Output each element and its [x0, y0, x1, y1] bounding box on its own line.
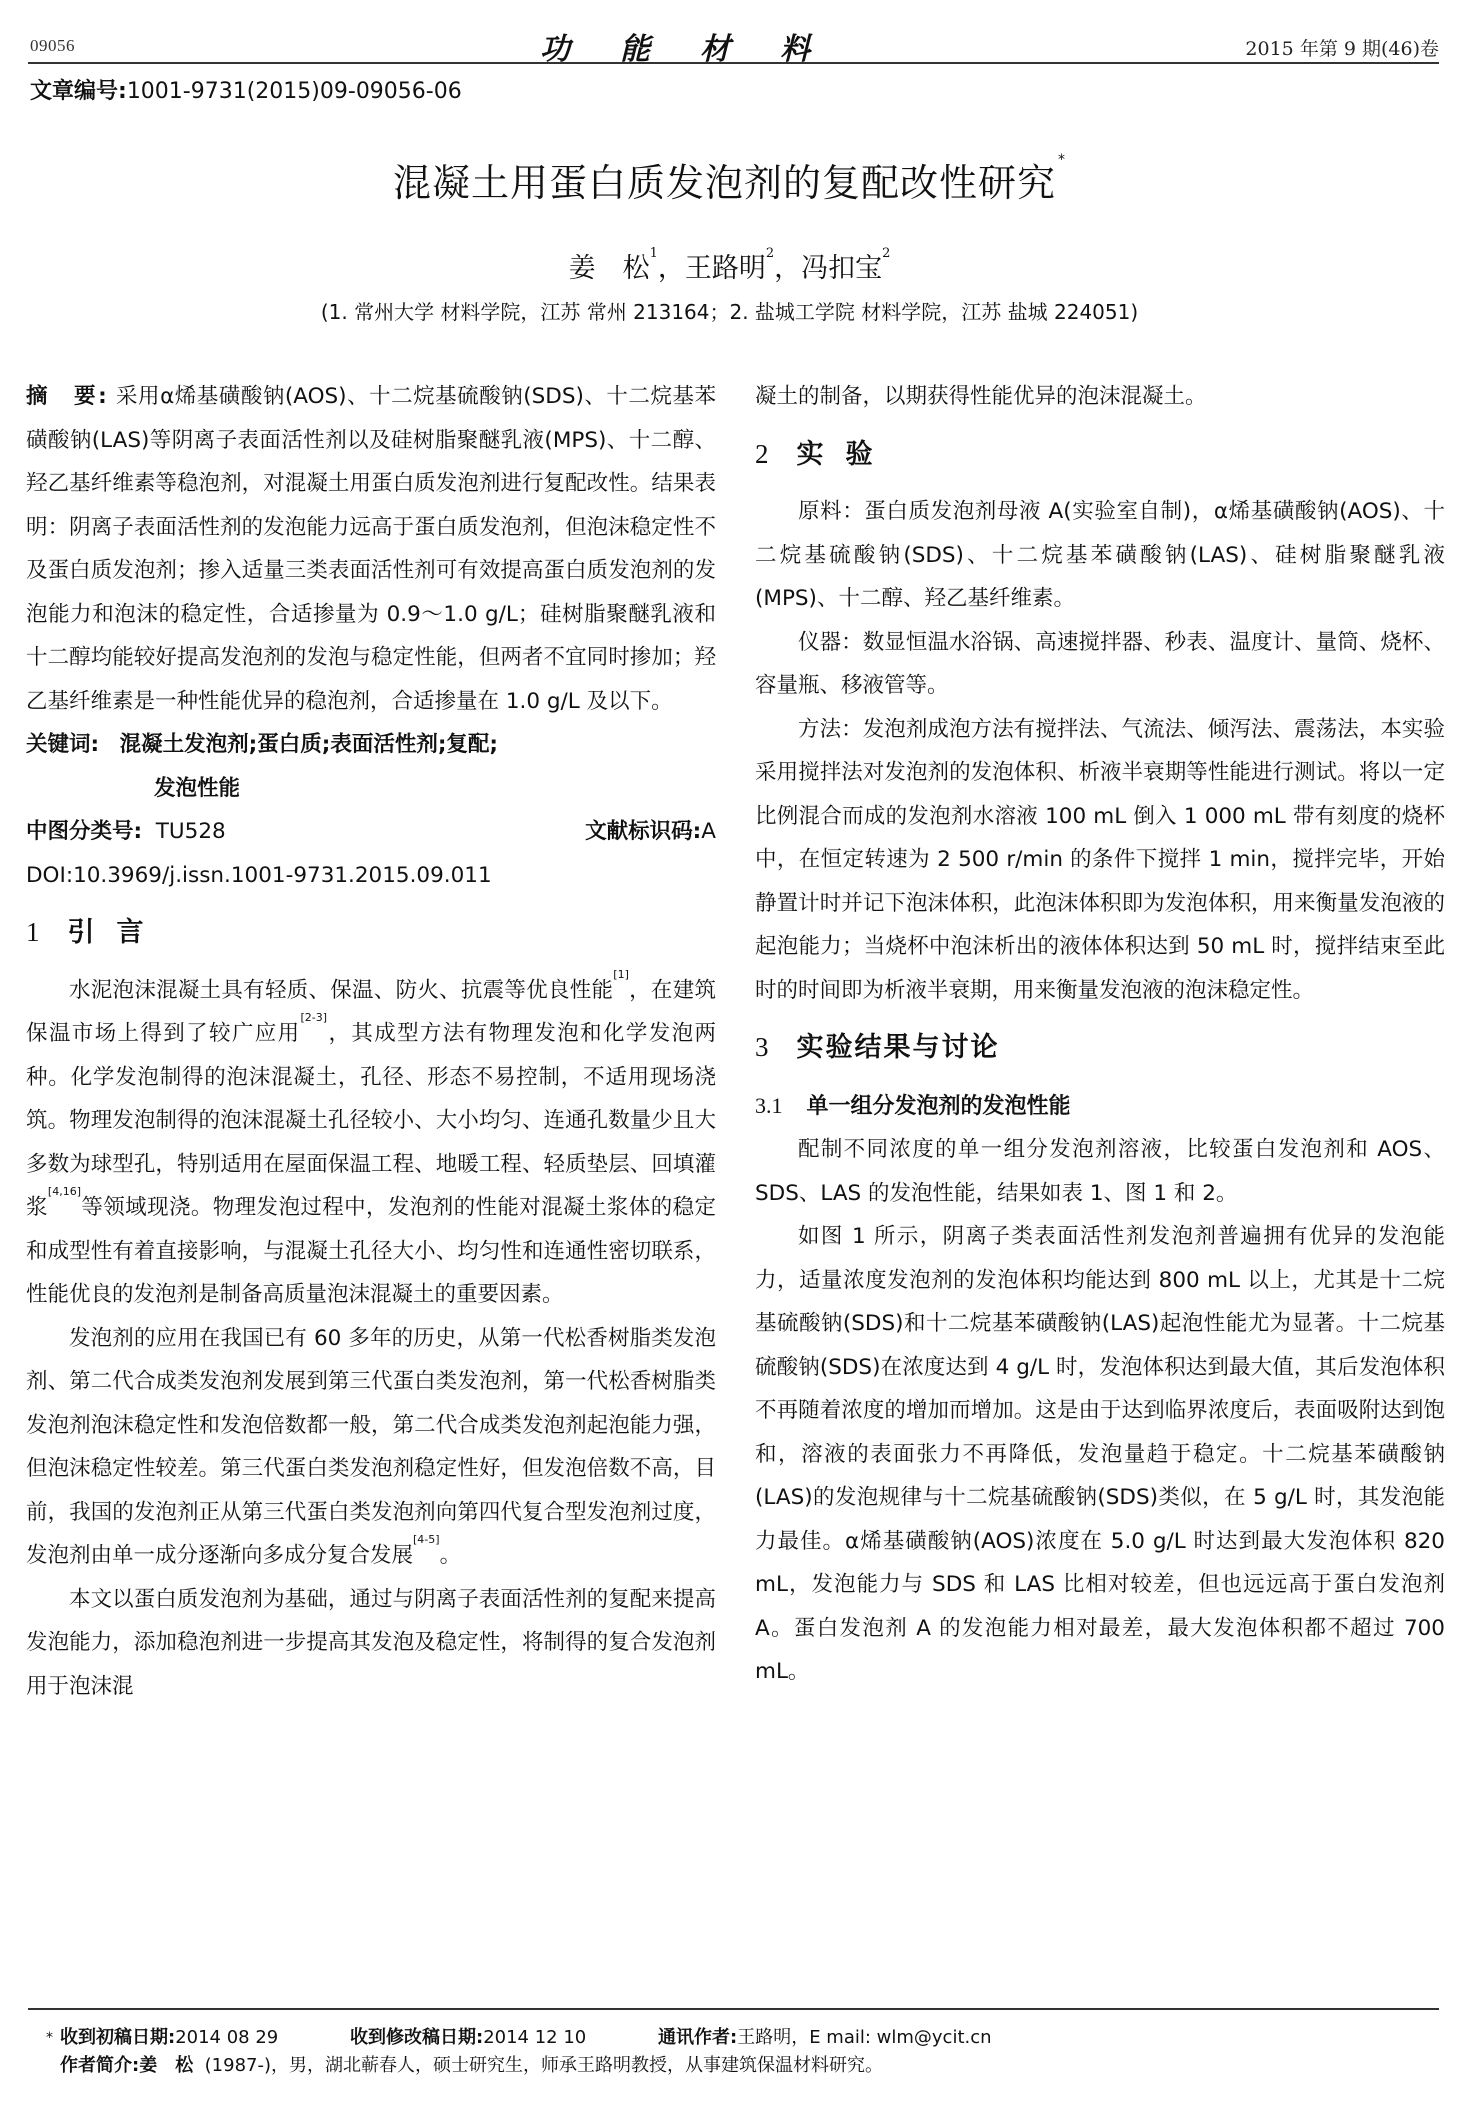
- bio-label: 作者简介:: [60, 2055, 139, 2076]
- keywords: 关键词: 混凝土发泡剂;蛋白质;表面活性剂;复配;: [26, 723, 716, 767]
- author-affil-marker: 2: [766, 246, 774, 261]
- abstract-label: 摘 要:: [26, 384, 109, 409]
- subsection-number: 3.1: [755, 1093, 783, 1118]
- section-title: 引言: [68, 917, 166, 948]
- keywords-line1: 混凝土发泡剂;蛋白质;表面活性剂;复配;: [120, 732, 498, 757]
- text-run: 。: [440, 1543, 462, 1568]
- results-paragraph-2: 如图 1 所示，阴离子类表面活性剂发泡剂普遍拥有优异的发泡能力，适量浓度发泡剂的…: [755, 1215, 1445, 1694]
- title-footnote-marker: *: [1058, 152, 1066, 168]
- citation[interactable]: [4-5]: [413, 1533, 440, 1546]
- footnote-dates-row: 收到初稿日期:2014 08 29 收到修改稿日期:2014 12 10 通讯作…: [60, 2024, 992, 2052]
- text-run: 水泥泡沫混凝土具有轻质、保温、防火、抗震等优良性能: [69, 978, 613, 1003]
- intro-paragraph-3: 本文以蛋白质发泡剂为基础，通过与阴离子表面活性剂的复配来提高发泡能力，添加稳泡剂…: [26, 1578, 716, 1709]
- intro-paragraph-2: 发泡剂的应用在我国已有 60 多年的历史，从第一代松香树脂类发泡剂、第二代合成类…: [26, 1317, 716, 1578]
- method-paragraph: 方法：发泡剂成泡方法有搅拌法、气流法、倾泻法、震荡法，本实验采用搅拌法对发泡剂的…: [755, 708, 1445, 1013]
- author-name: 姜 松: [569, 253, 650, 284]
- text-run: 发泡剂的应用在我国已有 60 多年的历史，从第一代松香树脂类发泡剂、第二代合成类…: [26, 1326, 716, 1569]
- author-affil-marker: 2: [882, 246, 890, 261]
- materials-paragraph: 原料：蛋白质发泡剂母液 A(实验室自制)，α烯基磺酸钠(AOS)、十二烷基硫酸钠…: [755, 490, 1445, 621]
- clc-label: 中图分类号:: [26, 819, 142, 844]
- page-number: 09056: [30, 36, 75, 56]
- instruments-paragraph: 仪器：数显恒温水浴锅、高速搅拌器、秒表、温度计、量筒、烧杯、容量瓶、移液管等。: [755, 621, 1445, 708]
- left-column: 摘 要: 采用α烯基磺酸钠(AOS)、十二烷基硫酸钠(SDS)、十二烷基苯磺酸钠…: [26, 375, 716, 1708]
- author-name: 王路明: [685, 253, 766, 284]
- text-run: ，其成型方法有物理发泡和化学发泡两种。化学发泡制得的泡沫混凝土，孔径、形态不易控…: [26, 1021, 716, 1220]
- subsection-heading-3-1: 3.1单一组分发泡剂的发泡性能: [755, 1084, 1445, 1129]
- corresponding-label: 通讯作者:: [658, 2027, 737, 2048]
- footnotes: * 收到初稿日期:2014 08 29 收到修改稿日期:2014 12 10 通…: [60, 2024, 992, 2080]
- section-number: 3: [755, 1032, 769, 1062]
- section-number: 2: [755, 439, 769, 469]
- bio-name: 姜 松: [139, 2055, 193, 2076]
- header-rule: [28, 62, 1439, 64]
- corresponding-value[interactable]: 王路明，E mail: wlm@ycit.cn: [737, 2027, 991, 2048]
- affiliations: (1. 常州大学 材料学院，江苏 常州 213164；2. 盐城工学院 材料学院…: [0, 296, 1459, 325]
- article-number: 文章编号:1001-9731(2015)09-09056-06: [30, 74, 462, 105]
- keywords-line2: 发泡性能: [26, 767, 716, 811]
- section-heading-1: 1引言: [26, 911, 716, 955]
- bio-value: (1987-)，男，湖北蕲春人，硕士研究生，师承王路明教授，从事建筑保温材料研究…: [205, 2055, 883, 2076]
- revised-value: 2014 12 10: [483, 2027, 586, 2048]
- right-column: 凝土的制备，以期获得性能优异的泡沫混凝土。 2实验 原料：蛋白质发泡剂母液 A(…: [755, 375, 1445, 1694]
- footnote-marker: *: [46, 2024, 53, 2052]
- article-number-label: 文章编号:: [30, 79, 127, 104]
- intro-paragraph-3-continued: 凝土的制备，以期获得性能优异的泡沫混凝土。: [755, 375, 1445, 419]
- doc-code-label: 文献标识码:: [585, 819, 701, 844]
- abstract-text: 采用α烯基磺酸钠(AOS)、十二烷基硫酸钠(SDS)、十二烷基苯磺酸钠(LAS)…: [26, 384, 716, 714]
- results-paragraph-1: 配制不同浓度的单一组分发泡剂溶液，比较蛋白发泡剂和 AOS、SDS、LAS 的发…: [755, 1128, 1445, 1215]
- author-affil-marker: 1: [650, 246, 658, 261]
- revised-label: 收到修改稿日期:: [350, 2027, 483, 2048]
- keywords-label: 关键词:: [26, 732, 99, 757]
- section-title: 实验结果与讨论: [797, 1032, 1000, 1063]
- section-heading-3: 3实验结果与讨论: [755, 1026, 1445, 1070]
- article-number-value: 1001-9731(2015)09-09056-06: [127, 79, 462, 104]
- footnote-rule: [28, 2008, 1439, 2010]
- author-name: 冯扣宝: [801, 253, 882, 284]
- section-heading-2: 2实验: [755, 433, 1445, 477]
- classification-row: 中图分类号: TU528 文献标识码:A: [26, 810, 716, 854]
- citation[interactable]: [2-3]: [301, 1011, 328, 1024]
- subsection-title: 单一组分发泡剂的发泡性能: [807, 1094, 1071, 1119]
- doc-code-value: A: [701, 819, 716, 844]
- paper-title: 混凝土用蛋白质发泡剂的复配改性研究*: [0, 152, 1459, 207]
- intro-paragraph-1: 水泥泡沫混凝土具有轻质、保温、防火、抗震等优良性能[1]，在建筑保温市场上得到了…: [26, 969, 716, 1317]
- doi: DOI:10.3969/j.issn.1001-9731.2015.09.011: [26, 854, 716, 898]
- text-run: 等领域现浇。物理发泡过程中，发泡剂的性能对混凝土浆体的稳定和成型性有着直接影响，…: [26, 1195, 716, 1307]
- received-label: 收到初稿日期:: [60, 2027, 175, 2048]
- citation[interactable]: [4,16]: [48, 1185, 81, 1198]
- clc-value: TU528: [156, 819, 226, 844]
- citation[interactable]: [1]: [613, 968, 629, 981]
- section-title: 实验: [797, 439, 895, 470]
- author-list: 姜 松1，王路明2，冯扣宝2: [0, 246, 1459, 285]
- title-text: 混凝土用蛋白质发泡剂的复配改性研究: [393, 161, 1056, 205]
- section-number: 1: [26, 917, 40, 947]
- issue-info: 2015 年第 9 期(46)卷: [1245, 34, 1439, 61]
- received-value: 2014 08 29: [175, 2027, 278, 2048]
- abstract: 摘 要: 采用α烯基磺酸钠(AOS)、十二烷基硫酸钠(SDS)、十二烷基苯磺酸钠…: [26, 375, 716, 723]
- footnote-bio-row: 作者简介:姜 松 (1987-)，男，湖北蕲春人，硕士研究生，师承王路明教授，从…: [60, 2052, 992, 2080]
